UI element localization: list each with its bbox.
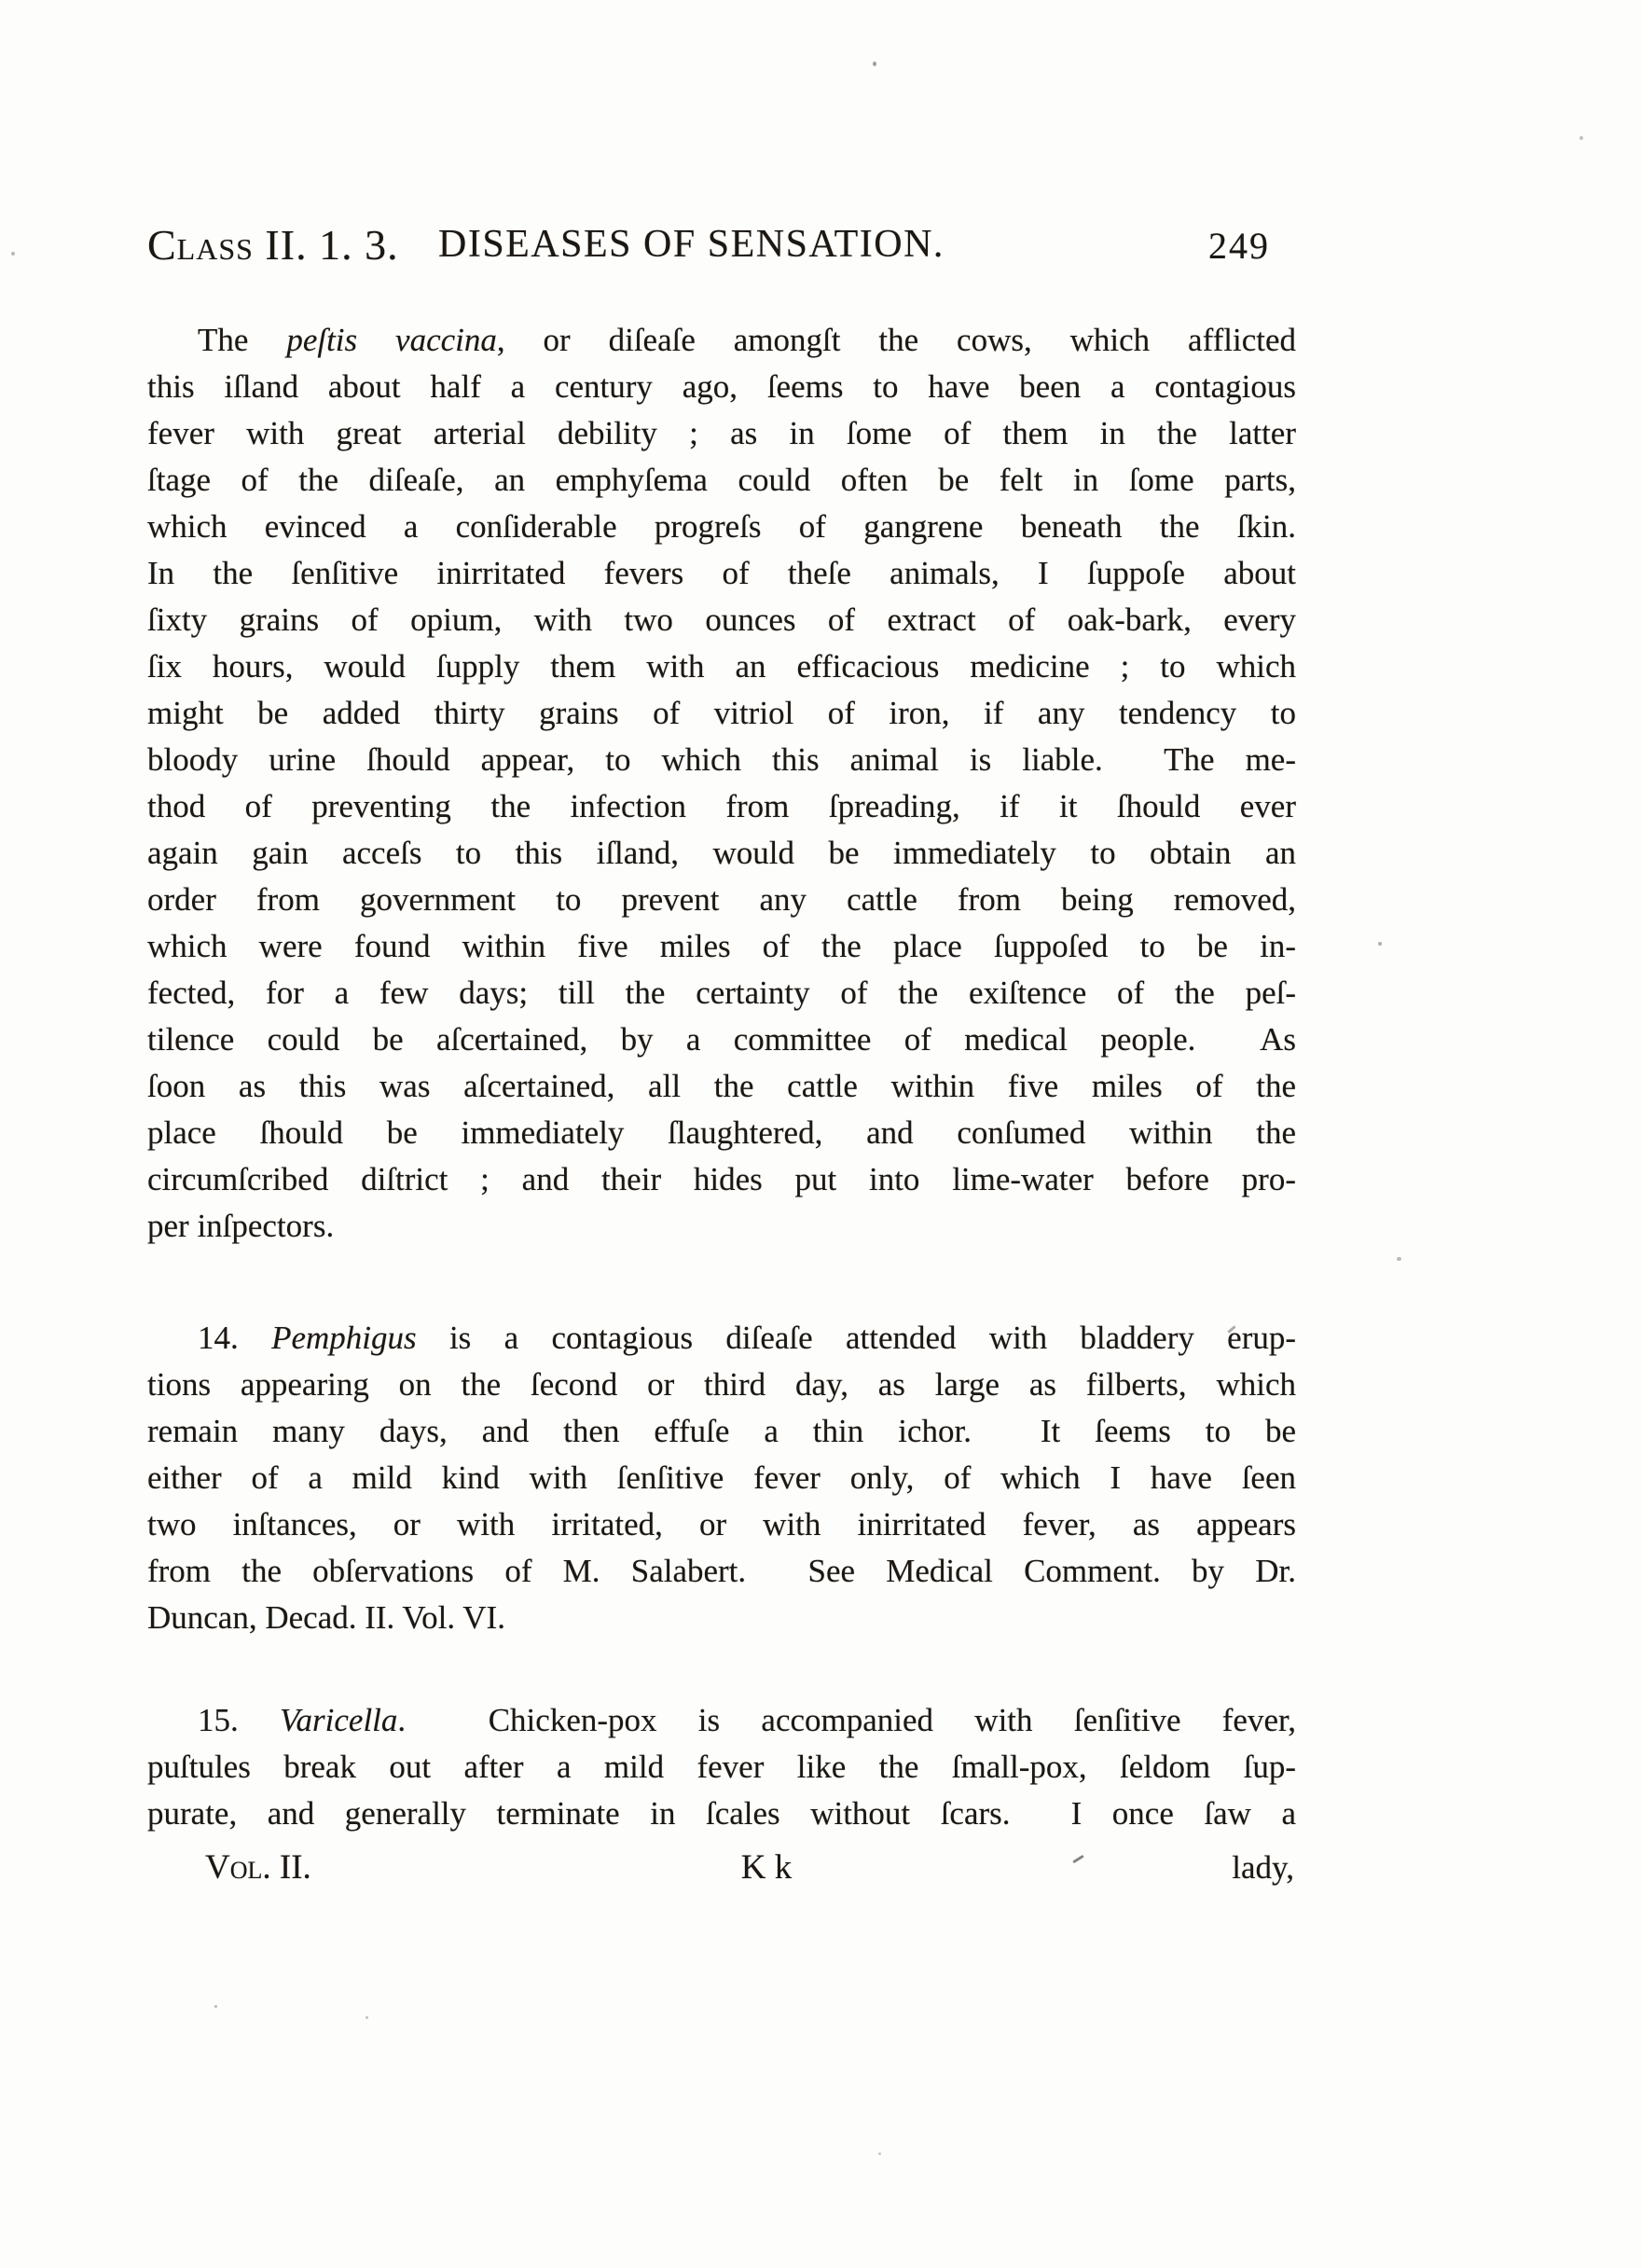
scan-speck (873, 62, 876, 66)
text-line: which evinced a conſiderable progreſs of… (147, 504, 1296, 550)
text-line: 15. Varicella. Chicken-pox is accompanie… (147, 1697, 1296, 1744)
book-page-scan: Class II. 1. 3. DISEASES OF SENSATION. 2… (0, 0, 1641, 2268)
text-line: from the obſervations of M. Salabert. Se… (147, 1548, 1296, 1595)
text-line: either of a mild kind with ſenſitive fev… (147, 1455, 1296, 1501)
scan-speck (365, 2016, 368, 2019)
scan-speck (1397, 1257, 1401, 1261)
page-footer: Vol. II. K k lady, (147, 1845, 1296, 1891)
text-line: Duncan, Decad. II. Vol. VI. (147, 1595, 1296, 1641)
text-line: tilence could be aſcertained, by a commi… (147, 1016, 1296, 1063)
text-line: ſtage of the diſeaſe, an emphyſema could… (147, 457, 1296, 504)
text-line: ſoon as this was aſcertained, all the ca… (147, 1063, 1296, 1110)
footer-signature-mark: K k (192, 1845, 1341, 1891)
text-line: fever with great arterial debility ; as … (147, 410, 1296, 457)
text-line: might be added thirty grains of vitriol … (147, 690, 1296, 737)
italic-text: Varicella (280, 1702, 397, 1738)
paragraph-15-varicella: 15. Varicella. Chicken-pox is accompanie… (147, 1697, 1296, 1837)
scan-speck (1378, 942, 1382, 946)
text-line: per inſpectors. (147, 1203, 1296, 1250)
text-line: remain many days, and then effuſe a thin… (147, 1408, 1296, 1455)
scan-speck (1579, 136, 1583, 140)
text-line: place ſhould be immediately ſlaughtered,… (147, 1110, 1296, 1156)
italic-text: peſtis vaccina (286, 322, 497, 358)
text-line: circumſcribed diſtrict ; and their hides… (147, 1156, 1296, 1203)
text-line: fected, for a few days; till the certain… (147, 970, 1296, 1016)
scan-speck (214, 2005, 217, 2008)
text-line: order from government to prevent any cat… (147, 877, 1296, 923)
text-line: thod of preventing the infection from ſp… (147, 783, 1296, 830)
text-line: ſix hours, would ſupply them with an eff… (147, 643, 1296, 690)
paragraph-14-pemphigus: 14. Pemphigus is a contagious diſeaſe at… (147, 1315, 1296, 1641)
header-class-label: Class II. 1. 3. (147, 220, 399, 270)
scan-speck (878, 2152, 881, 2155)
text-line: which were found within five miles of th… (147, 923, 1296, 970)
text-line: puſtules break out after a mild fever li… (147, 1744, 1296, 1791)
text-line: The peſtis vaccina, or diſeaſe amongſt t… (147, 317, 1296, 364)
text-line: 14. Pemphigus is a contagious diſeaſe at… (147, 1315, 1296, 1362)
text-line: purate, and generally terminate in ſcale… (147, 1791, 1296, 1837)
text-line: again gain acceſs to this iſland, would … (147, 830, 1296, 877)
text-line: this iſland about half a century ago, ſe… (147, 364, 1296, 410)
paragraph-pestis-vaccina: The peſtis vaccina, or diſeaſe amongſt t… (147, 317, 1296, 1250)
footer-catchword: lady, (1232, 1845, 1294, 1891)
scan-speck (11, 252, 15, 256)
text-line: ſixty grains of opium, with two ounces o… (147, 597, 1296, 643)
header-title: DISEASES OF SENSATION. (438, 222, 945, 267)
header-page-number: 249 (1208, 224, 1270, 268)
italic-text: Pemphigus (271, 1320, 417, 1356)
text-line: In the ſenſitive inirritated fevers of t… (147, 550, 1296, 597)
text-line: bloody urine ſhould appear, to which thi… (147, 737, 1296, 783)
text-line: two inſtances, or with irritated, or wit… (147, 1501, 1296, 1548)
page-header: Class II. 1. 3. DISEASES OF SENSATION. 2… (147, 214, 1296, 274)
text-line: tions appearing on the ſecond or third d… (147, 1362, 1296, 1408)
